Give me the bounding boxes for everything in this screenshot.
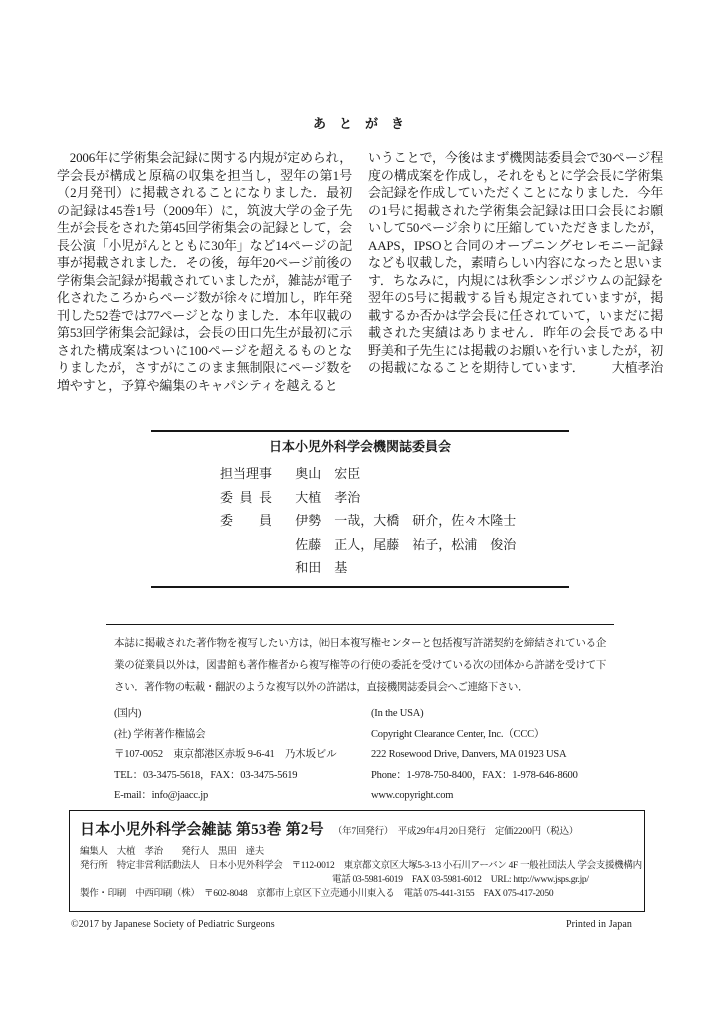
usa-address: 222 Rosewood Drive, Danvers, MA 01923 US… bbox=[371, 745, 606, 766]
usa-org: Copyright Clearance Center, Inc.（CCC） bbox=[371, 725, 606, 746]
issue-info: （年7回発行） 平成29年4月20日発行 定価2200円（税込） bbox=[333, 827, 578, 837]
committee-section: 日本小児外科学会機関誌委員会 担当理事 奥山 宏臣 委員長 大植 孝治 委員 伊… bbox=[151, 430, 569, 588]
printed-in-japan: Printed in Japan bbox=[566, 919, 632, 931]
reproduction-notice-section: 本誌に掲載された著作物を複写したい方は，㈳日本複写権センターと包括複写許諾契約を… bbox=[106, 624, 614, 807]
page-footer: ©2017 by Japanese Society of Pediatric S… bbox=[71, 919, 632, 931]
usa-tel-fax: Phone：1-978-750-8400，FAX：1-978-646-8600 bbox=[371, 766, 606, 787]
committee-title: 日本小児外科学会機関誌委員会 bbox=[151, 439, 569, 454]
usa-contact: (In the USA) Copyright Clearance Center,… bbox=[371, 704, 606, 807]
publication-details: 編集人 大植 孝治 発行人 黒田 達夫 発行所 特定非営利活動法人 日本小児外科… bbox=[80, 845, 634, 901]
committee-role: 担当理事 bbox=[220, 462, 272, 486]
copyright-line: ©2017 by Japanese Society of Pediatric S… bbox=[71, 919, 275, 931]
publication-title-row: 日本小児外科学会雑誌 第53巻 第2号（年7回発行） 平成29年4月20日発行 … bbox=[80, 818, 634, 839]
reproduction-notice: 本誌に掲載された著作物を複写したい方は，㈳日本複写権センターと包括複写許諾契約を… bbox=[114, 633, 606, 699]
committee-role: 委員 bbox=[220, 509, 272, 533]
committee-row: 担当理事 奥山 宏臣 bbox=[220, 462, 569, 486]
committee-row: 委員長 大植 孝治 bbox=[220, 486, 569, 510]
domestic-heading: (国内) bbox=[114, 704, 371, 725]
committee-member-list: 担当理事 奥山 宏臣 委員長 大植 孝治 委員 伊勢 一哉，大橋 研介，佐々木隆… bbox=[220, 462, 569, 580]
committee-row: 佐藤 正人，尾藤 祐子，松浦 俊治 bbox=[220, 533, 569, 557]
journal-afterword-page: あ と が き 2006年に学術集会記録に関する内規が定められ，学会長が構成と原… bbox=[0, 0, 717, 1012]
usa-website: www.copyright.com bbox=[371, 786, 606, 807]
publisher-line: 発行所 特定非営利活動法人 日本小児外科学会 〒112-0012 東京都文京区大… bbox=[80, 859, 634, 873]
committee-names: 伊勢 一哉，大橋 研介，佐々木隆士 bbox=[295, 513, 516, 528]
committee-row: 和田 基 bbox=[220, 556, 569, 580]
domestic-contact: (国内) (社) 学術著作権協会 〒107-0052 東京都港区赤坂 9-6-4… bbox=[114, 704, 371, 807]
committee-names: 佐藤 正人，尾藤 祐子，松浦 俊治 bbox=[295, 537, 516, 552]
body-right-text: いうことで，今後はまず機関誌委員会で30ページ程度の構成案を作成し，それをもとに… bbox=[368, 150, 663, 375]
journal-title: 日本小児外科学会雑誌 第53巻 第2号 bbox=[80, 822, 324, 838]
domestic-address: 〒107-0052 東京都港区赤坂 9-6-41 乃木坂ビル bbox=[114, 745, 371, 766]
permission-contacts: (国内) (社) 学術著作権協会 〒107-0052 東京都港区赤坂 9-6-4… bbox=[114, 704, 606, 807]
afterword-body: 2006年に学術集会記録に関する内規が定められ，学会長が構成と原稿の収集を担当し… bbox=[57, 149, 663, 394]
usa-heading: (In the USA) bbox=[371, 704, 606, 725]
committee-row: 委員 伊勢 一哉，大橋 研介，佐々木隆士 bbox=[220, 509, 569, 533]
editor-line: 編集人 大植 孝治 発行人 黒田 達夫 bbox=[80, 845, 634, 859]
publisher-phone-line: 電話 03-5981-6019 FAX 03-5981-6012 URL: ht… bbox=[80, 873, 634, 887]
page-title: あ と が き bbox=[0, 116, 717, 131]
committee-names: 和田 基 bbox=[295, 560, 347, 575]
committee-names: 大植 孝治 bbox=[295, 490, 360, 505]
committee-role: 委員長 bbox=[220, 486, 272, 510]
body-left-column: 2006年に学術集会記録に関する内規が定められ，学会長が構成と原稿の収集を担当し… bbox=[57, 149, 352, 394]
author-signature: 大植孝治 bbox=[612, 359, 663, 377]
printer-line: 製作・印刷 中西印刷（株） 〒602-8048 京都市上京区下立売通小川東入る … bbox=[80, 887, 634, 901]
domestic-tel-fax: TEL：03-3475-5618，FAX：03-3475-5619 bbox=[114, 766, 371, 787]
domestic-email: E-mail：info@jaacc.jp bbox=[114, 786, 371, 807]
body-right-column: いうことで，今後はまず機関誌委員会で30ページ程度の構成案を作成し，それをもとに… bbox=[368, 149, 663, 394]
committee-names: 奥山 宏臣 bbox=[295, 466, 360, 481]
domestic-org: (社) 学術著作権協会 bbox=[114, 725, 371, 746]
publication-info-box: 日本小児外科学会雑誌 第53巻 第2号（年7回発行） 平成29年4月20日発行 … bbox=[69, 810, 645, 912]
